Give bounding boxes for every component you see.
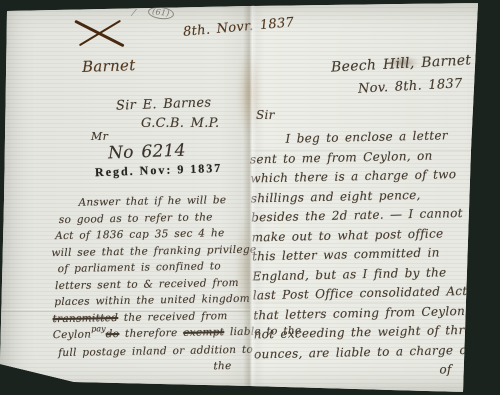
addressee-honours: G.C.B. M.P. bbox=[141, 116, 219, 131]
draft-word: therefore bbox=[119, 327, 183, 340]
letter-date-line: Nov. 8th. 1837 bbox=[358, 76, 463, 96]
docket-title: Barnet bbox=[82, 56, 136, 76]
addressee-name: Sir E. Barnes bbox=[116, 95, 212, 113]
letter-body-paragraph: I beg to enclose a letter sent to me fro… bbox=[249, 126, 486, 384]
center-fold-crease bbox=[243, 0, 257, 395]
salutation: Sir bbox=[256, 108, 275, 122]
registry-date-stamp: Regd. Nov: 9 1837 bbox=[95, 161, 223, 180]
struck-word: exempt bbox=[183, 326, 224, 339]
catchword: of bbox=[439, 360, 487, 380]
struck-word: transmitted bbox=[52, 312, 118, 325]
letter-place-line: Beech Hill, Barnet bbox=[331, 52, 472, 75]
cross-mark bbox=[72, 15, 127, 51]
letter-photo: ⁄ (61) 8th. Novr. 1837 Barnet Sir E. Bar… bbox=[0, 0, 500, 395]
inserted-word: pay bbox=[91, 324, 106, 333]
pencil-tick-mark: ⁄ bbox=[133, 9, 135, 19]
registry-number: No 6214 bbox=[108, 141, 187, 164]
letter-sheet: ⁄ (61) 8th. Novr. 1837 Barnet Sir E. Bar… bbox=[0, 0, 500, 395]
pencil-folio-number: (61) bbox=[147, 5, 174, 20]
struck-word: do bbox=[106, 328, 120, 340]
addressee-prefix: Mr bbox=[91, 130, 108, 143]
docket-date: 8th. Novr. 1837 bbox=[183, 15, 295, 40]
draft-line-rest: the received from bbox=[118, 310, 228, 324]
draft-word: Ceylon bbox=[53, 328, 92, 341]
